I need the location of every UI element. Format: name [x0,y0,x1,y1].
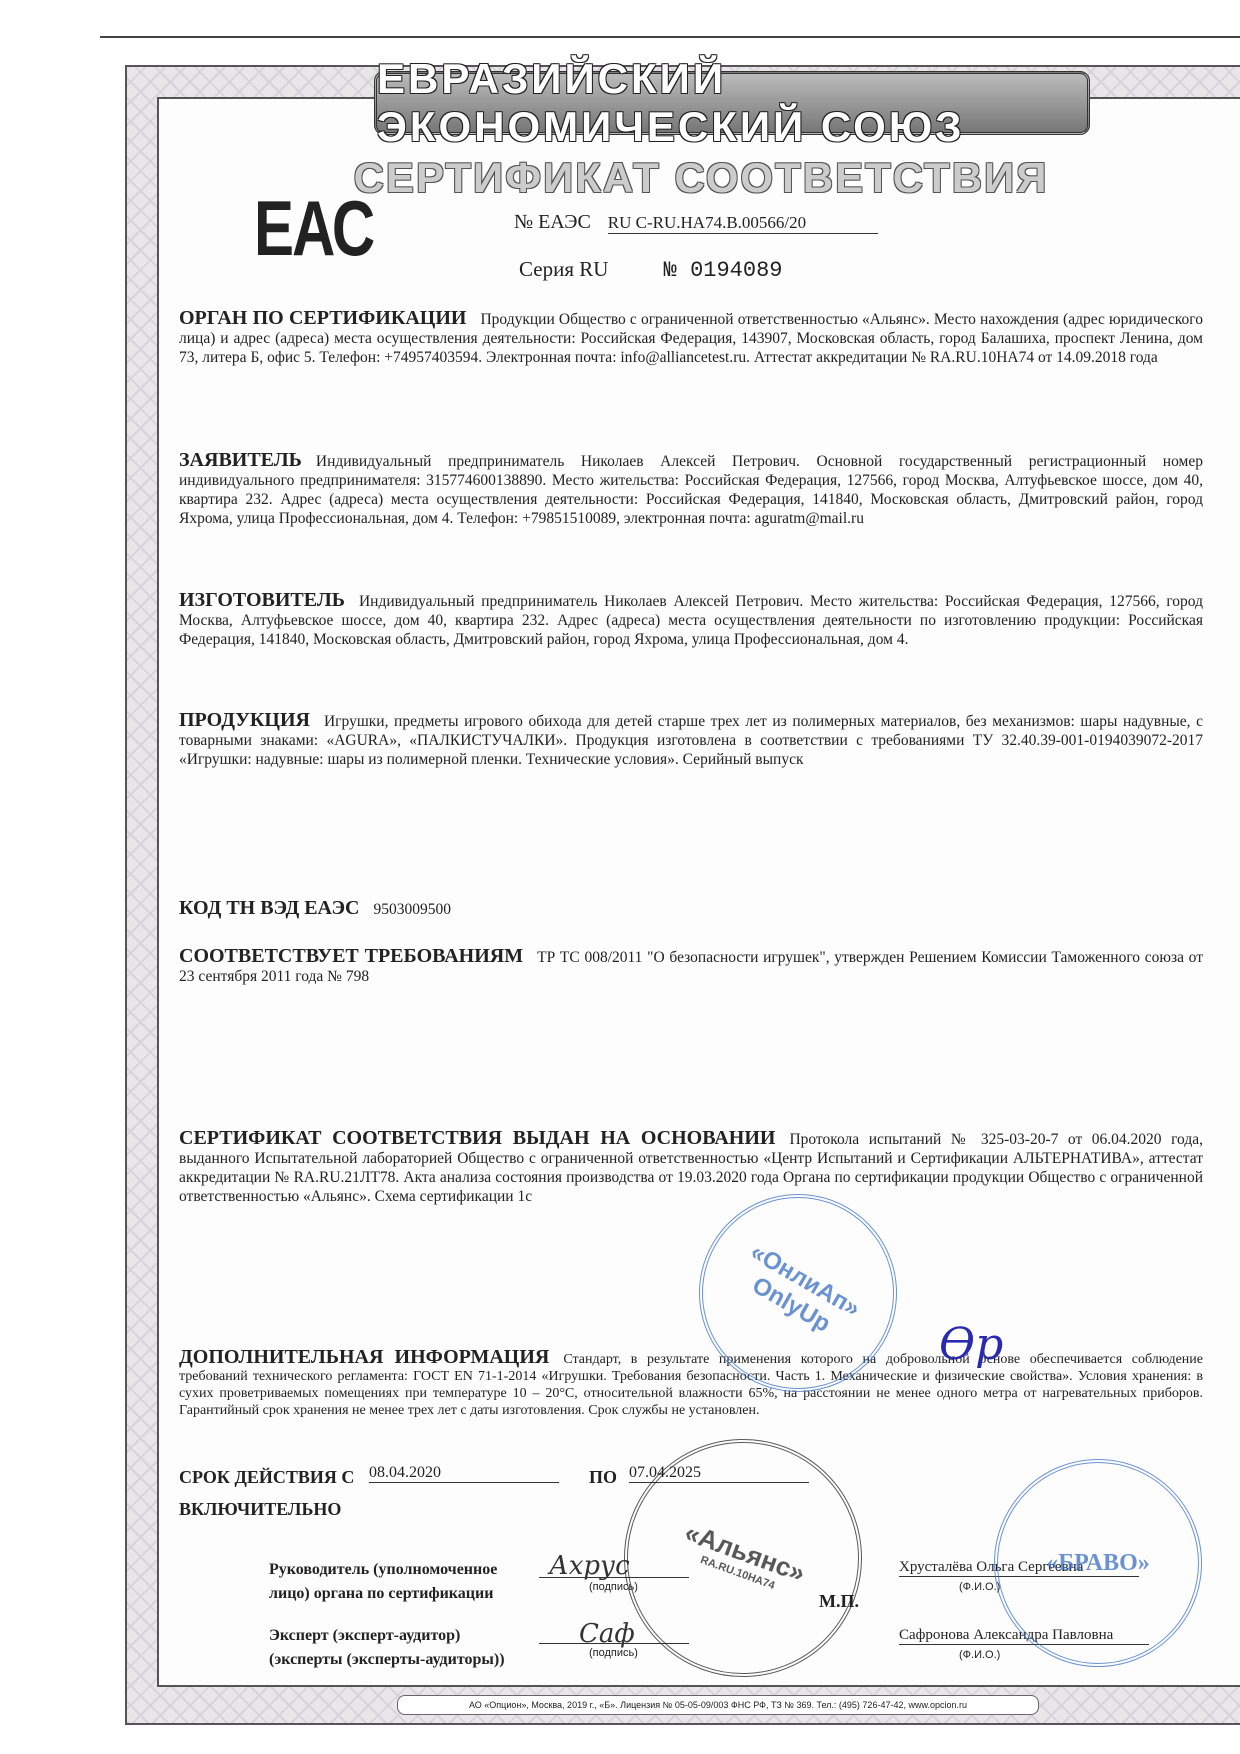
section-heading: СЕРТИФИКАТ СООТВЕТСТВИЯ ВЫДАН НА ОСНОВАН… [179,1127,775,1149]
validity-from-label: СРОК ДЕЙСТВИЯ С [179,1467,354,1488]
section-basis: СЕРТИФИКАТ СООТВЕТСТВИЯ ВЫДАН НА ОСНОВАН… [179,1129,1203,1206]
section-heading: ОРГАН ПО СЕРТИФИКАЦИИ [179,307,466,329]
scan-top-line [100,36,1240,38]
registration-number: № ЕАЭС RU C-RU.HA74.B.00566/20 [514,211,878,234]
section-heading: ИЗГОТОВИТЕЛЬ [179,589,345,611]
head-label-1: Руководитель (уполномоченное [269,1561,497,1579]
expert-label-2: (эксперты (эксперты-аудиторы)) [269,1651,505,1669]
section-manufacturer: ИЗГОТОВИТЕЛЬИндивидуальный предпринимате… [179,591,1203,649]
section-conforms: СООТВЕТСТВУЕТ ТРЕБОВАНИЯМТР ТС 008/2011 … [179,947,1203,986]
section-heading: ПРОДУКЦИЯ [179,709,310,731]
section-heading: КОД ТН ВЭД ЕАЭС [179,897,360,919]
section-product: ПРОДУКЦИЯИгрушки, предметы игрового обих… [179,711,1203,769]
certificate-frame: ЕВРАЗИЙСКИЙ ЭКОНОМИЧЕСКИЙ СОЮЗ ЕАС СЕРТИ… [125,65,1240,1725]
expert-signature: Саф [579,1619,635,1649]
bravo-stamp: «БРАВО» [994,1459,1202,1667]
section-heading: СООТВЕТСТВУЕТ ТРЕБОВАНИЯМ [179,945,523,967]
form-number: № 0194089 [664,258,783,283]
series-label: Серия [519,257,574,281]
expert-label-1: Эксперт (эксперт-аудитор) [269,1627,460,1645]
validity-from: 08.04.2020 [369,1464,559,1483]
expert-fio-caption: (Ф.И.О.) [959,1649,1000,1661]
section-code: КОД ТН ВЭД ЕАЭС9503009500 [179,899,1203,919]
certificate-body: ЕВРАЗИЙСКИЙ ЭКОНОМИЧЕСКИЙ СОЮЗ ЕАС СЕРТИ… [157,97,1240,1687]
section-organ: ОРГАН ПО СЕРТИФИКАЦИИПродукции Общество … [179,309,1203,367]
validity-to-label: ПО [589,1467,617,1488]
head-signature: Ахрус [549,1551,630,1581]
section-heading: ЗАЯВИТЕЛЬ [179,449,302,471]
printer-footer: АО «Опцион», Москва, 2019 г., «Б». Лицен… [397,1695,1039,1715]
section-applicant: ЗАЯВИТЕЛЬИндивидуальный предприниматель … [179,451,1203,528]
validity-inclusive: ВКЛЮЧИТЕЛЬНО [179,1499,341,1520]
reg-label: № ЕАЭС [514,211,591,233]
alliance-stamp: «Альянс» RA.RU.10HA74 [590,1405,895,1710]
section-heading: ДОПОЛНИТЕЛЬНАЯ ИНФОРМАЦИЯ [179,1346,549,1368]
reg-value: RU C-RU.HA74.B.00566/20 [608,213,878,234]
section-value: 9503009500 [374,901,452,918]
certificate-title: СЕРТИФИКАТ СООТВЕТСТВИЯ [159,154,1240,202]
blue-signature: Ѳр [939,1319,1003,1370]
section-text: Индивидуальный предприниматель Николаев … [179,453,1203,527]
head-label-2: лицо) органа по сертификации [269,1585,493,1603]
section-additional: ДОПОЛНИТЕЛЬНАЯ ИНФОРМАЦИЯСтандарт, в рез… [179,1349,1203,1419]
series: Серия RU № 0194089 [519,257,783,283]
banner: ЕВРАЗИЙСКИЙ ЭКОНОМИЧЕСКИЙ СОЮЗ [374,71,1090,135]
series-value: RU [579,257,608,281]
head-fio-caption: (Ф.И.О.) [959,1581,1000,1593]
section-text: Игрушки, предметы игрового обихода для д… [179,713,1203,768]
